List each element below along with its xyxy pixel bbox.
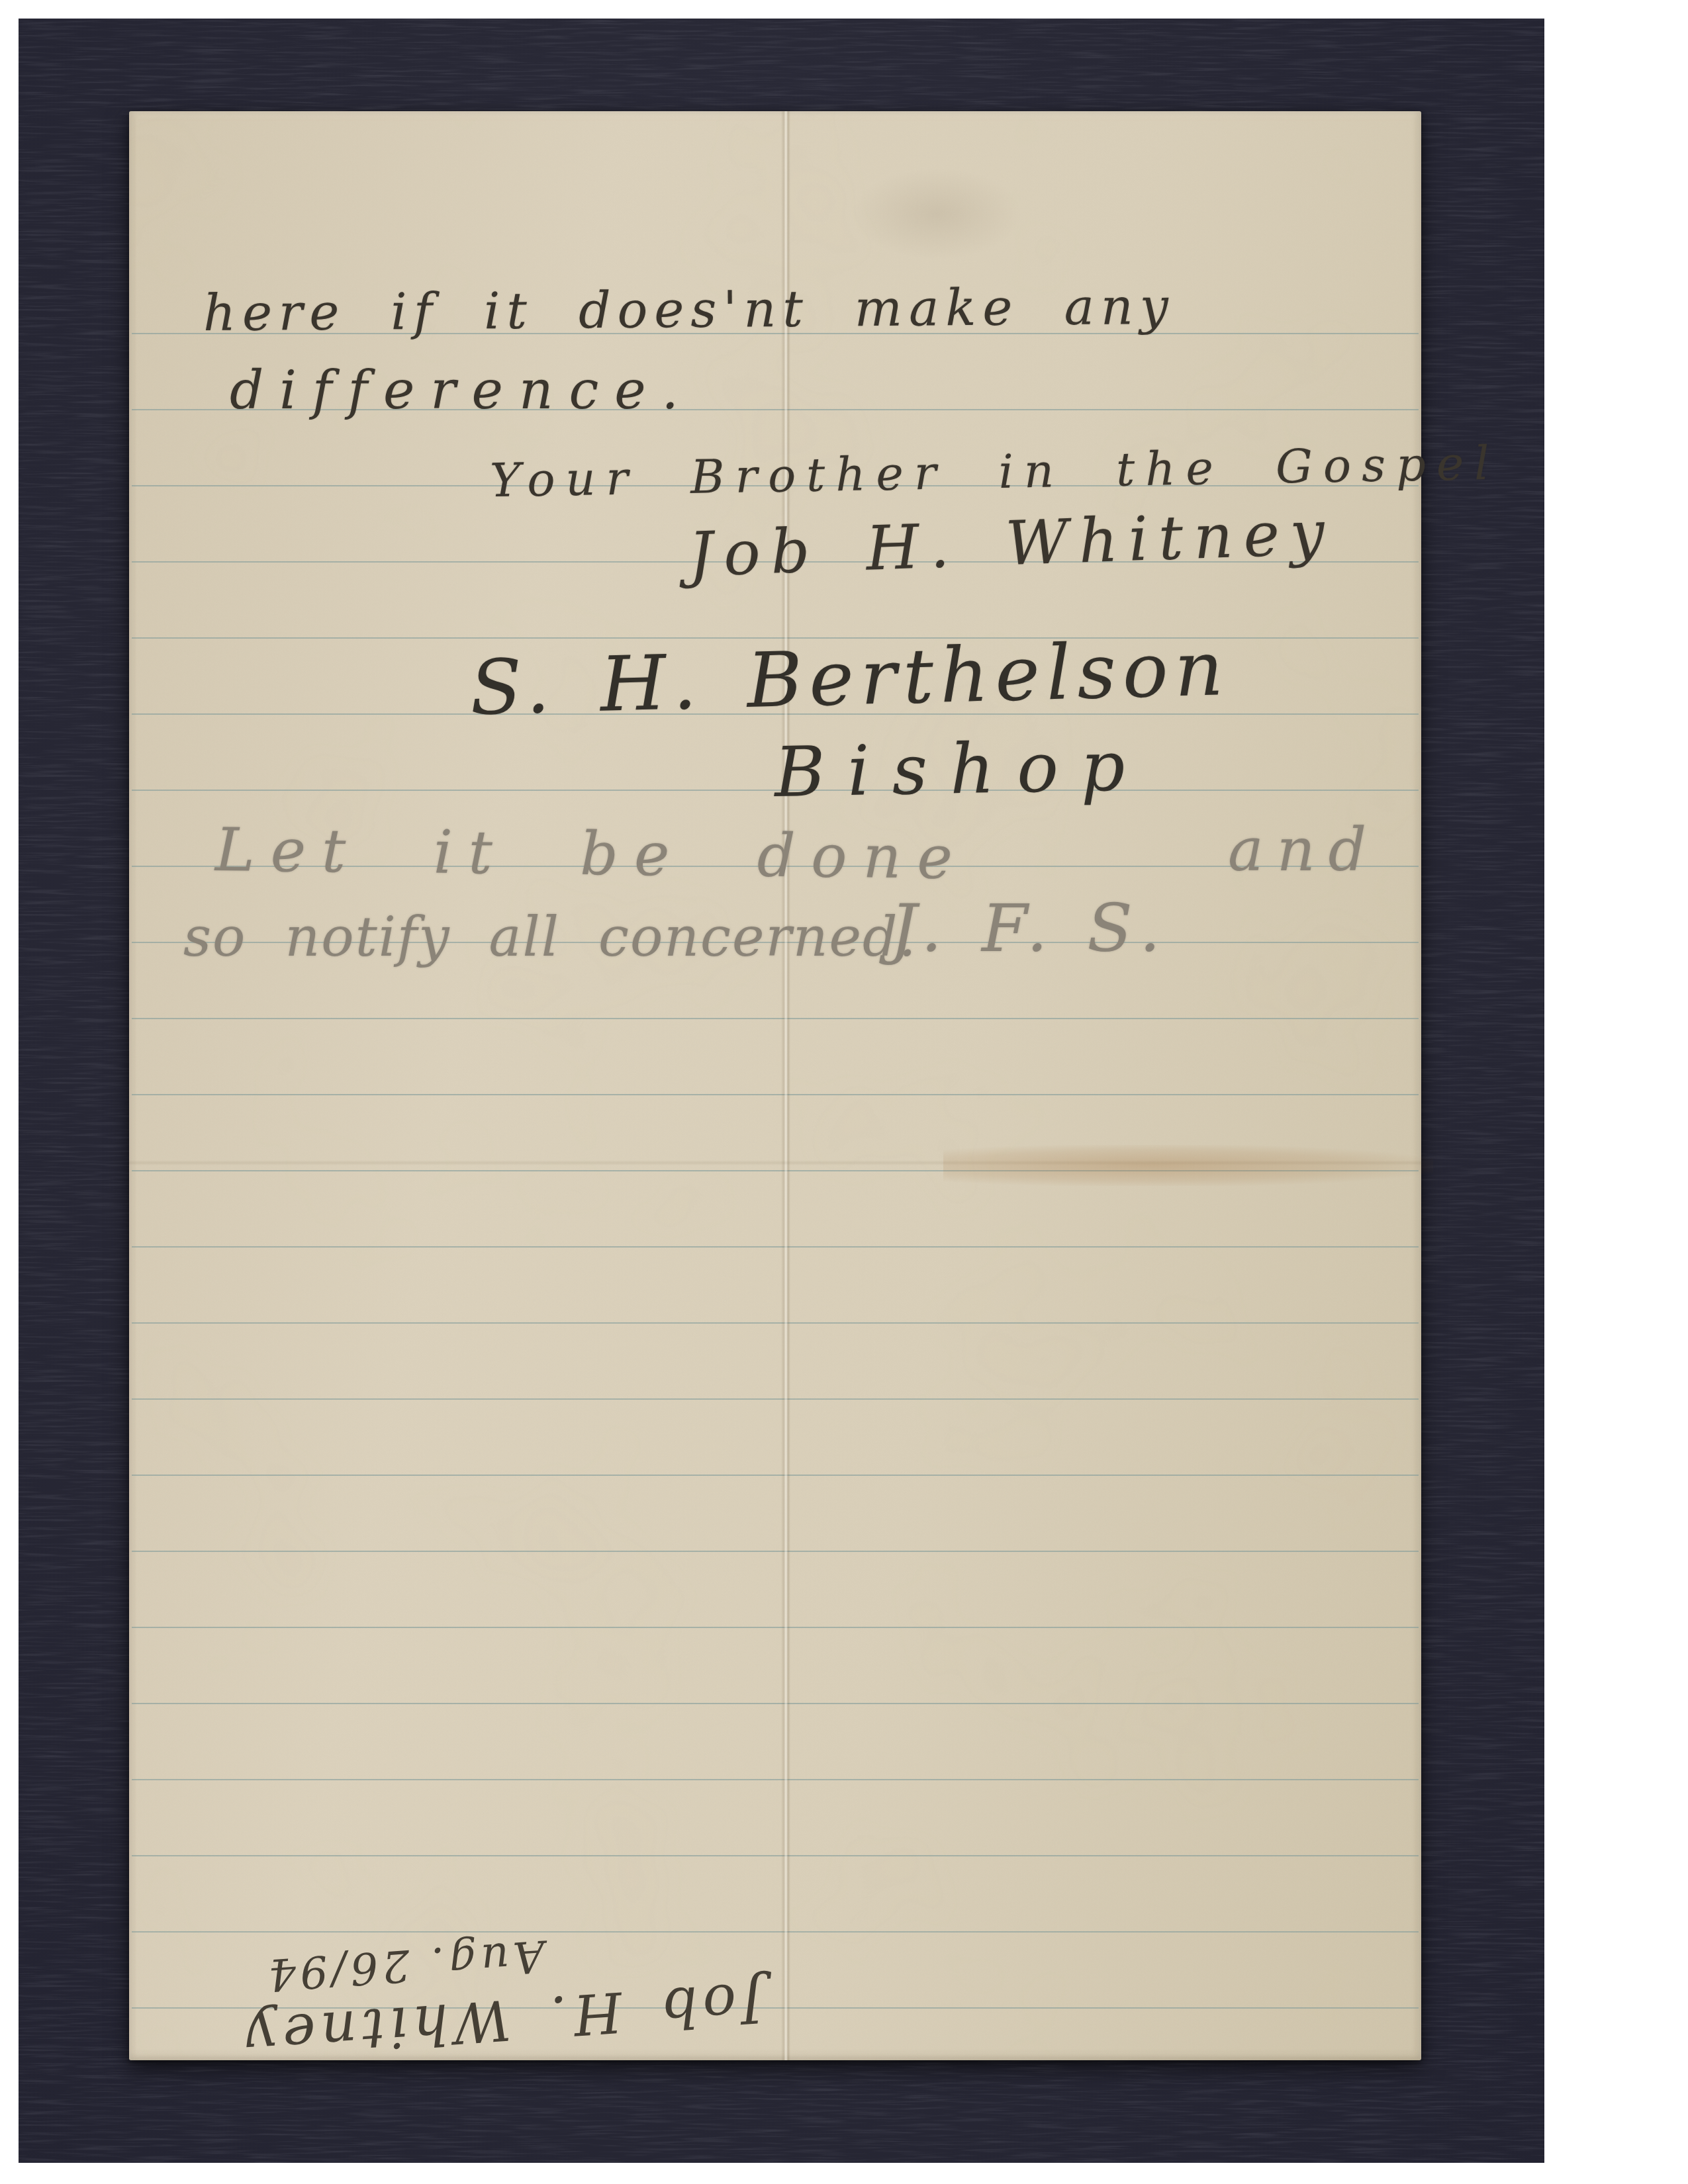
pencil-initials: J. F. S. xyxy=(890,895,1170,962)
letter-body-line-1: here if it does'nt make any xyxy=(203,281,1175,338)
endorsement-title-bishop: Bishop xyxy=(774,731,1148,807)
smudge-mark xyxy=(851,167,1023,260)
vertical-fold-crease xyxy=(781,111,790,2060)
scanned-letter-page: here if it does'nt make any difference. … xyxy=(0,0,1688,2184)
endorsement-signature-berthelson: S. H. Berthelson xyxy=(469,631,1231,726)
pencil-directive-line-2: so notify all concerned. xyxy=(183,911,917,965)
pencil-directive-conjunction: and xyxy=(1228,821,1380,880)
pencil-directive-line-1: Let it be done xyxy=(215,821,969,888)
letter-body-line-2: difference. xyxy=(230,364,694,417)
mat-board: here if it does'nt make any difference. … xyxy=(19,19,1544,2163)
stain-mark xyxy=(943,1145,1433,1186)
letter-paper: here if it does'nt make any difference. … xyxy=(129,111,1421,2060)
